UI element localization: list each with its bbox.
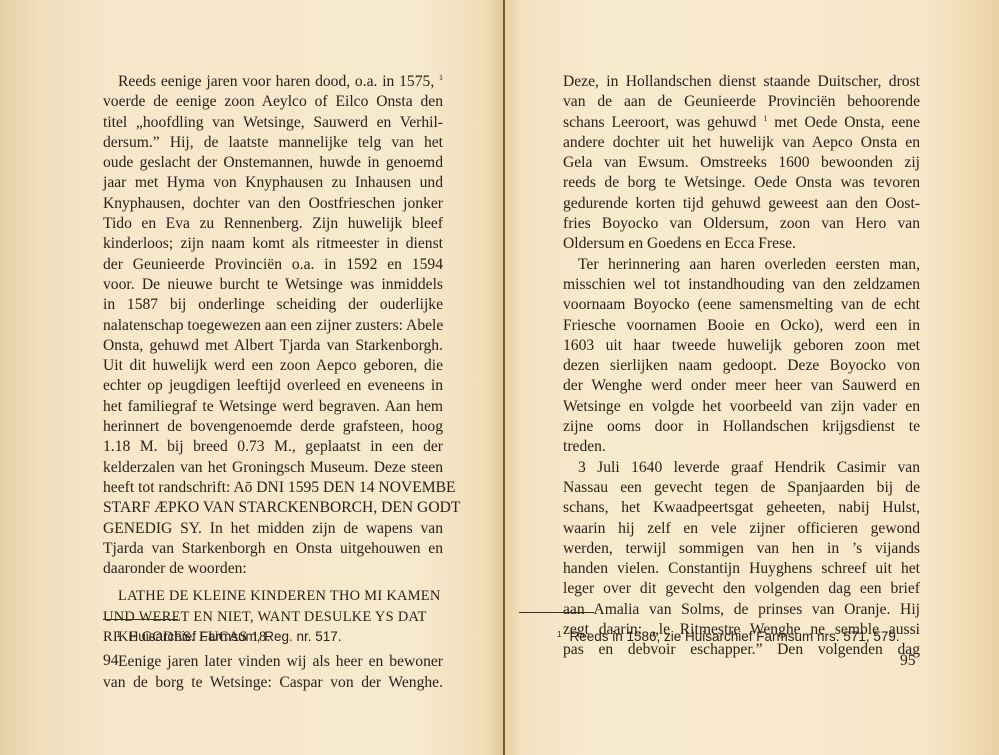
- text-line: dersum.” Hij, de laatste mannelijke telg…: [103, 133, 443, 153]
- text-line: reeds de borg te Wetsinge. Oede Onsta wa…: [563, 173, 920, 193]
- footnote-reference: 1: [439, 73, 443, 82]
- text-line: voerde de eenige zoon Aeylco of Eilco On…: [103, 92, 443, 112]
- text-line: kelderzalen van het Groningsch Museum. D…: [103, 458, 443, 478]
- text-line: schans Leeroort, was gehuwd 1 met Oede O…: [563, 113, 920, 133]
- text-line: schans, het Kwaadpeertsgat geheeten, nab…: [563, 498, 920, 518]
- text-line: voor. De nieuwe burcht te Wetsinge was i…: [103, 275, 443, 295]
- text-line: aan Amalia van Solms, de prinses van Ora…: [563, 600, 920, 620]
- text-line: voornaam Boyocko (eene samensmelting van…: [563, 295, 920, 315]
- text-line: Onsta, gehuwd met Albert Tjarda van Star…: [103, 336, 443, 356]
- text-line: 3 Juli 1640 leverde graaf Hendrik Casimi…: [563, 458, 920, 478]
- right-page-body: Deze, in Hollandschen dienst staande Dui…: [563, 72, 920, 661]
- text-line: in 1587 bij onderlinge scheiding der oud…: [103, 295, 443, 315]
- text-line: GENEDIG SY. In het midden zijn de wapens…: [103, 519, 443, 539]
- footnote-rule: [519, 612, 594, 613]
- text-line: Deze, in Hollandschen dienst staande Dui…: [563, 72, 920, 92]
- footnote-text: Reeds in 1586, zie Huisarchief Farmsum n…: [569, 629, 899, 644]
- text-line: der Wenghe werd onder meer heer van Sauw…: [563, 376, 920, 396]
- text-line: Tjarda van Starkenborgh en Onsta uitgeho…: [103, 539, 443, 559]
- text-line: dezen sierlijken naam gedoopt. Deze Boyo…: [563, 356, 920, 376]
- text-line: andere dochter uit het huwelijk van Aepc…: [563, 133, 920, 153]
- text-line: Wetsinge en volgde het voorbeeld van zij…: [563, 397, 920, 417]
- text-line: fries Boyocko van Oldersum, zoon van Her…: [563, 214, 920, 234]
- book-spread: Reeds eenige jaren voor haren dood, o.a.…: [0, 0, 999, 755]
- footnote-rule: [103, 619, 178, 620]
- inscription-quote-line: LATHE DE KLEINE KINDEREN THO MI KAMEN: [103, 586, 443, 606]
- inscription-quote-line: UND WERET EN NIET, WANT DESULKE YS DAT: [103, 607, 443, 627]
- text-line: STARF ÆPKO VAN STARCKENBORCH, DEN GODT: [103, 498, 443, 518]
- right-footnote: 1Reeds in 1586, zie Huisarchief Farmsum …: [557, 627, 900, 645]
- page-number-right: 95: [900, 652, 916, 670]
- text-line: leger over dit gevecht den volgenden dag…: [563, 579, 920, 599]
- text-line: kinderloos; zijn naam komt als ritmeeste…: [103, 234, 443, 254]
- text-line: herinnert de bovengenoemde derde grafste…: [103, 417, 443, 437]
- left-page: Reeds eenige jaren voor haren dood, o.a.…: [0, 0, 503, 755]
- text-line: Reeds eenige jaren voor haren dood, o.a.…: [103, 72, 443, 92]
- footnote-text: Huisarchief Farmsum, Reg. nr. 517.: [128, 629, 341, 644]
- text-line: gedurende korten tijd gehuwd geweest aan…: [563, 194, 920, 214]
- footnote-reference: 1: [763, 114, 767, 123]
- text-line: werden, terwijl sommigen van hen in ’s v…: [563, 539, 920, 559]
- text-line: Uit dit huwelijk werd een zoon Aepco geb…: [103, 356, 443, 376]
- text-line: van de aan de Geunieerde Provinciën beho…: [563, 92, 920, 112]
- text-line: echter op jeugdigen leeftijd overleed en…: [103, 376, 443, 396]
- text-line: Eenige jaren later vinden wij als heer e…: [103, 652, 443, 672]
- text-line: titel „hoofdling van Wetsinge, Sauwerd e…: [103, 113, 443, 133]
- text-line: Oldersum en Goedens en Ecca Frese.: [563, 234, 920, 254]
- footnote-mark: 1: [116, 630, 120, 639]
- text-line: zijne ooms door in Hollandschen krijgsdi…: [563, 417, 920, 437]
- text-line: Ter herinnering aan haren overleden eers…: [563, 255, 920, 275]
- text-line: oude geslacht der Onstemannen, huwde in …: [103, 153, 443, 173]
- footnote-mark: 1: [557, 630, 561, 639]
- left-footnote: 1Huisarchief Farmsum, Reg. nr. 517.: [116, 627, 342, 645]
- right-page: Deze, in Hollandschen dienst staande Dui…: [503, 0, 999, 755]
- text-line: waarin hij zelf en vele zijner officiere…: [563, 519, 920, 539]
- text-line: treden.: [563, 437, 920, 457]
- text-line: daaronder de woorden:: [103, 559, 443, 579]
- text-line: nalatenschap toegewezen aan een zijner z…: [103, 316, 443, 336]
- text-line: Knyphausen, dochter van den Oostfriesche…: [103, 194, 443, 214]
- text-line: van de borg te Wetsinge: Caspar von der …: [103, 673, 443, 693]
- text-line: 1603 uit haar tweede huwelijk geboren zo…: [563, 336, 920, 356]
- text-line: der Geunieerde Provinciën o.a. in 1592 e…: [103, 255, 443, 275]
- text-line: Nassau een gevecht tegen de Spanjaarden …: [563, 478, 920, 498]
- text-line: Tido en Eva zu Rennenberg. Zijn huwelijk…: [103, 214, 443, 234]
- text-line: Friesche voornamen Booie en Ocko), werd …: [563, 316, 920, 336]
- text-line: Gela van Ewsum. Omstreeks 1600 bewoonden…: [563, 153, 920, 173]
- left-page-body: Reeds eenige jaren voor haren dood, o.a.…: [103, 72, 443, 693]
- text-line: heeft tot randschrift: Aō DNI 1595 DEN 1…: [103, 478, 443, 498]
- text-line: 1.18 M. bij breed 0.73 M., geplaatst in …: [103, 437, 443, 457]
- page-number-left: 94: [103, 652, 119, 670]
- text-line: het familiegraf te Wetsinge werd begrave…: [103, 397, 443, 417]
- text-line: misschien wel tot instandhouding van den…: [563, 275, 920, 295]
- book-gutter: [503, 0, 505, 755]
- text-line: jaar met Hyma von Knyphausen zu Inhausen…: [103, 173, 443, 193]
- text-line: handen vielen. Constantijn Huyghens schr…: [563, 559, 920, 579]
